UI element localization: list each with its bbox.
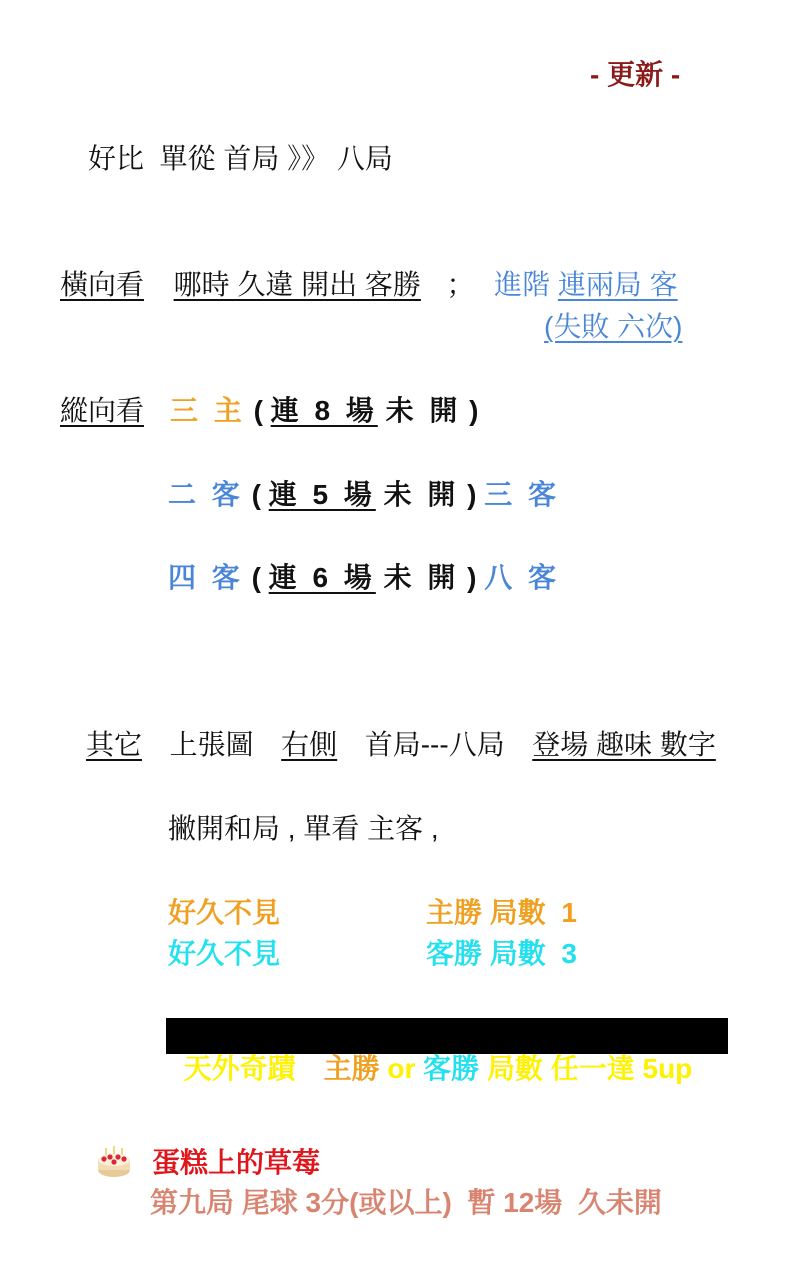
stat-right-away: 客勝 局數 3 (426, 937, 577, 971)
status: 未 開 (384, 479, 460, 510)
miracle-away: 客勝 (423, 1053, 479, 1084)
separator: ； (446, 269, 474, 300)
other-text4: 登場 趣味 數字 (532, 729, 716, 760)
vertical-row: 三 主 ( 連 8 場 未 開 ) (170, 394, 478, 428)
other-text2: 右側 (281, 729, 337, 760)
vertical-label: 縱向看 (60, 394, 144, 428)
streak: 連 6 場 (269, 562, 376, 593)
intro-line: 好比 單從 首局 》》 八局 (88, 142, 393, 176)
row-lead: 二 客 (168, 479, 244, 510)
open-paren: ( (254, 395, 263, 426)
other-text3: 首局---八局 (365, 729, 505, 760)
horizontal-text: 哪時 久違 開出 客勝 (174, 269, 421, 300)
bonus-title: 蛋糕上的草莓 (152, 1146, 320, 1180)
miracle-home: 主勝 (324, 1053, 380, 1084)
miracle-label: 天外奇蹟 (184, 1053, 296, 1084)
update-label: - 更新 - (590, 58, 680, 92)
close-paren: ) (469, 395, 478, 426)
row-tail: 三 客 (484, 479, 560, 510)
row-tail: 八 客 (484, 562, 560, 593)
status: 未 開 (384, 562, 460, 593)
status: 未 開 (386, 395, 462, 426)
streak: 連 8 場 (271, 395, 378, 426)
open-paren: ( (252, 479, 261, 510)
horizontal-label: 橫向看 (60, 269, 144, 300)
streak: 連 5 場 (269, 479, 376, 510)
miracle-or: or (380, 1053, 424, 1084)
close-paren: ) (467, 562, 476, 593)
advanced-text: 連兩局 客 (558, 269, 678, 300)
other-subline: 撇開和局 , 單看 主客 , (168, 812, 439, 846)
other-section: 其它 上張圖 右側 首局---八局 登場 趣味 數字 (86, 728, 716, 762)
row-lead: 三 主 (170, 395, 246, 426)
miracle-highlight: 天外奇蹟主勝 or 客勝 局數 任一達 5up (166, 1018, 728, 1054)
miracle-text: 局數 任一達 5up (479, 1053, 692, 1084)
bonus-detail: 第九局 尾球 3分(或以上) 暫 12場 久未開 (150, 1186, 662, 1220)
other-text1: 上張圖 (170, 729, 254, 760)
stat-left-home: 好久不見 (168, 896, 280, 930)
advanced-label: 進階 (494, 269, 550, 300)
vertical-row: 二 客 ( 連 5 場 未 開 ) 三 客 (168, 478, 560, 512)
stat-left-away: 好久不見 (168, 937, 280, 971)
other-label: 其它 (86, 729, 142, 760)
stat-right-home: 主勝 局數 1 (426, 896, 577, 930)
open-paren: ( (252, 562, 261, 593)
advanced-note: (失敗 六次) (544, 310, 682, 344)
close-paren: ) (467, 479, 476, 510)
cake-icon (96, 1144, 132, 1178)
vertical-row: 四 客 ( 連 6 場 未 開 ) 八 客 (168, 561, 560, 595)
horizontal-section: 橫向看 哪時 久違 開出 客勝 ； 進階 連兩局 客 (60, 268, 678, 302)
row-lead: 四 客 (168, 562, 244, 593)
